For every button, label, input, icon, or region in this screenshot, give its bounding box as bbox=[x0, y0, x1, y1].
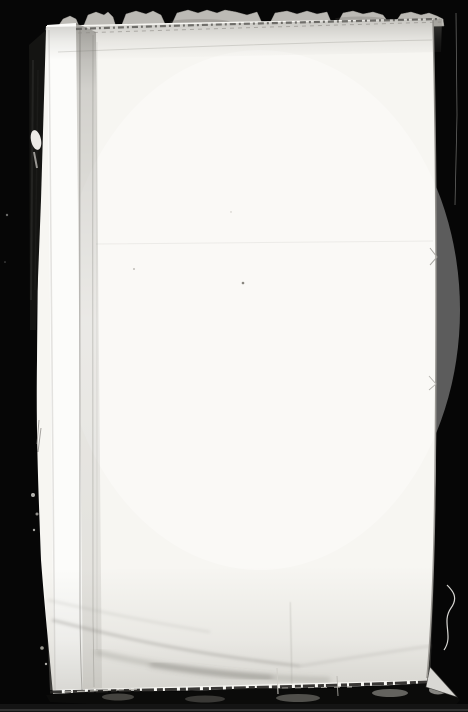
page-dust-speck bbox=[133, 268, 135, 270]
bottom-shadow-region bbox=[44, 566, 435, 690]
page-center-highlight bbox=[60, 50, 460, 570]
edge-speck bbox=[33, 529, 35, 531]
edge-speck bbox=[45, 663, 47, 665]
edge-speck bbox=[31, 493, 35, 497]
bottom-edge-blob bbox=[102, 694, 134, 701]
scan-canvas bbox=[0, 0, 468, 712]
bottom-edge-blob bbox=[372, 689, 408, 697]
scanned-page-image bbox=[0, 0, 468, 712]
fold-crease-line bbox=[97, 42, 98, 650]
scanner-bottom-strip bbox=[0, 704, 468, 712]
background-dust-speck bbox=[4, 261, 6, 263]
page-dust-speck bbox=[242, 282, 245, 285]
edge-speck bbox=[40, 646, 44, 650]
bottom-edge-blob bbox=[276, 694, 320, 702]
edge-speck bbox=[36, 513, 39, 516]
page-dust-speck bbox=[230, 211, 231, 212]
bottom-edge-blob bbox=[185, 696, 225, 703]
background-dust-speck bbox=[6, 214, 8, 216]
